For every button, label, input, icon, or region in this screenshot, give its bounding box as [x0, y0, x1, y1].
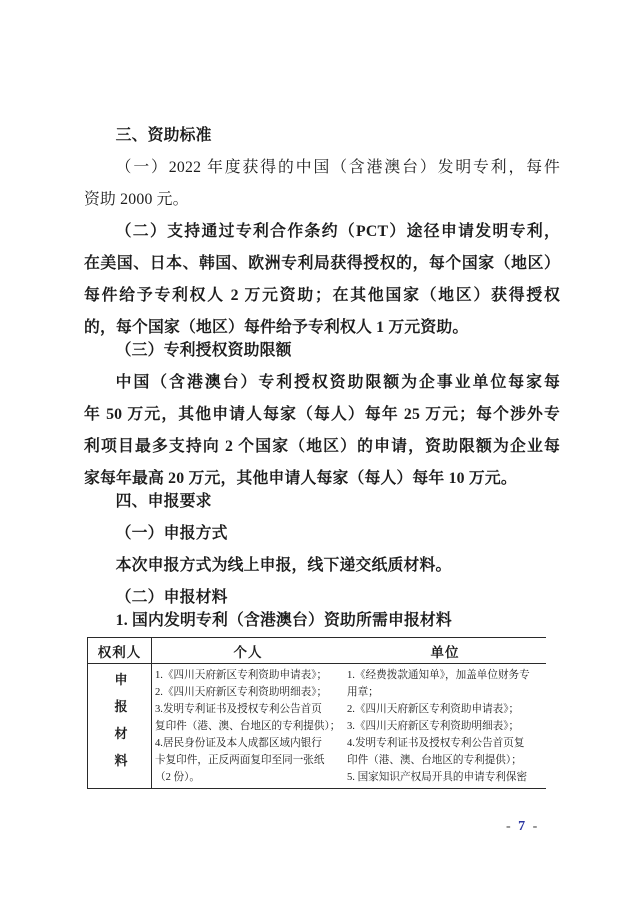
text-line: 三、资助标准 — [84, 120, 560, 152]
row-label-char: 材 — [114, 727, 127, 741]
page-number-suffix: - — [533, 819, 540, 834]
table-cell-line: （2 份）。 — [155, 769, 344, 786]
paragraph: （二）支持通过专利合作条约（PCT）途径申请发明专利，在美国、日本、韩国、欧洲专… — [84, 216, 560, 344]
text-line: （一）申报方式 — [84, 518, 560, 550]
text-line: 利项目最多支持向 2 个国家（地区）的申请，资助限额为企业每 — [84, 431, 560, 463]
organization-materials-cell: 1.《经费拨款通知单》，加盖单位财务专用章；2.《四川天府新区专利资助申请表》；… — [344, 664, 546, 788]
materials-table: 权利人 个人 单位 申报材料 1.《四川天府新区专利资助申请表》；2.《四川天府… — [87, 637, 546, 789]
table-cell-line: 用章； — [347, 684, 546, 701]
table-cell-line: 复印件（港、澳、台地区的专利提供）； — [155, 718, 344, 735]
paragraph: 中国（含港澳台）专利授权资助限额为企事业单位每家每年 50 万元，其他申请人每家… — [84, 367, 560, 495]
table-cell-line: 3.《四川天府新区专利资助明细表》； — [347, 718, 546, 735]
page-number-prefix: - — [506, 819, 513, 834]
table-cell-line: 卡复印件，正反两面复印至同一张纸 — [155, 752, 344, 769]
table-cell-line: 4.发明专利证书及授权专利公告首页复 — [347, 735, 546, 752]
text-line: 年 50 万元，其他申请人每家（每人）每年 25 万元；每个涉外专 — [84, 399, 560, 431]
paragraph: 本次申报方式为线上申报，线下递交纸质材料。 — [84, 550, 560, 582]
table-cell-line: 3.发明专利证书及授权专利公告首页 — [155, 701, 344, 718]
table-header-organization: 单位 — [344, 638, 546, 664]
table-cell-line: 1.《经费拨款通知单》，加盖单位财务专 — [347, 667, 546, 684]
page-number-value: 7 — [518, 819, 527, 834]
page-number: - 7 - — [506, 819, 539, 835]
table-cell-line: 印件（港、澳、台地区的专利提供）； — [347, 752, 546, 769]
table-cell-line: 2.《四川天府新区专利资助明细表》； — [155, 684, 344, 701]
text-line: 资助 2000 元。 — [84, 184, 560, 216]
table-cell-line: 5. 国家知识产权局开具的申请专利保密 — [347, 769, 546, 786]
paragraph: （一）2022 年度获得的中国（含港澳台）发明专利，每件资助 2000 元。 — [84, 152, 560, 216]
text-line: 1. 国内发明专利（含港澳台）资助所需申报材料 — [84, 605, 560, 637]
table-cell-line: 4.居民身份证及本人成都区域内银行 — [155, 735, 344, 752]
paragraph: （一）申报方式 — [84, 518, 560, 550]
paragraph: 1. 国内发明专利（含港澳台）资助所需申报材料 — [84, 605, 560, 637]
table-cell-line: 1.《四川天府新区专利资助申请表》； — [155, 667, 344, 684]
table-header-individual: 个人 — [152, 638, 344, 664]
table-header-rightsholder: 权利人 — [88, 638, 152, 664]
row-label-char: 报 — [114, 700, 127, 714]
document-body: 三、资助标准（一）2022 年度获得的中国（含港澳台）发明专利，每件资助 200… — [84, 120, 560, 637]
individual-materials-cell: 1.《四川天府新区专利资助申请表》；2.《四川天府新区专利资助明细表》；3.发明… — [152, 664, 344, 788]
text-line: 在美国、日本、韩国、欧洲专利局获得授权的，每个国家（地区） — [84, 248, 560, 280]
text-line: 每件给予专利权人 2 万元资助；在其他国家（地区）获得授权 — [84, 280, 560, 312]
paragraph: 三、资助标准 — [84, 120, 560, 152]
row-label-char: 料 — [114, 754, 127, 768]
text-line: 本次申报方式为线上申报，线下递交纸质材料。 — [84, 550, 560, 582]
text-line: （二）支持通过专利合作条约（PCT）途径申请发明专利， — [84, 216, 560, 248]
table-cell-line: 2.《四川天府新区专利资助申请表》； — [347, 701, 546, 718]
text-line: （一）2022 年度获得的中国（含港澳台）发明专利，每件 — [84, 152, 560, 184]
row-label-char: 申 — [114, 673, 127, 687]
text-line: 中国（含港澳台）专利授权资助限额为企事业单位每家每 — [84, 367, 560, 399]
row-label-application-materials: 申报材料 — [88, 664, 152, 788]
document-page: 三、资助标准（一）2022 年度获得的中国（含港澳台）发明专利，每件资助 200… — [0, 0, 636, 900]
